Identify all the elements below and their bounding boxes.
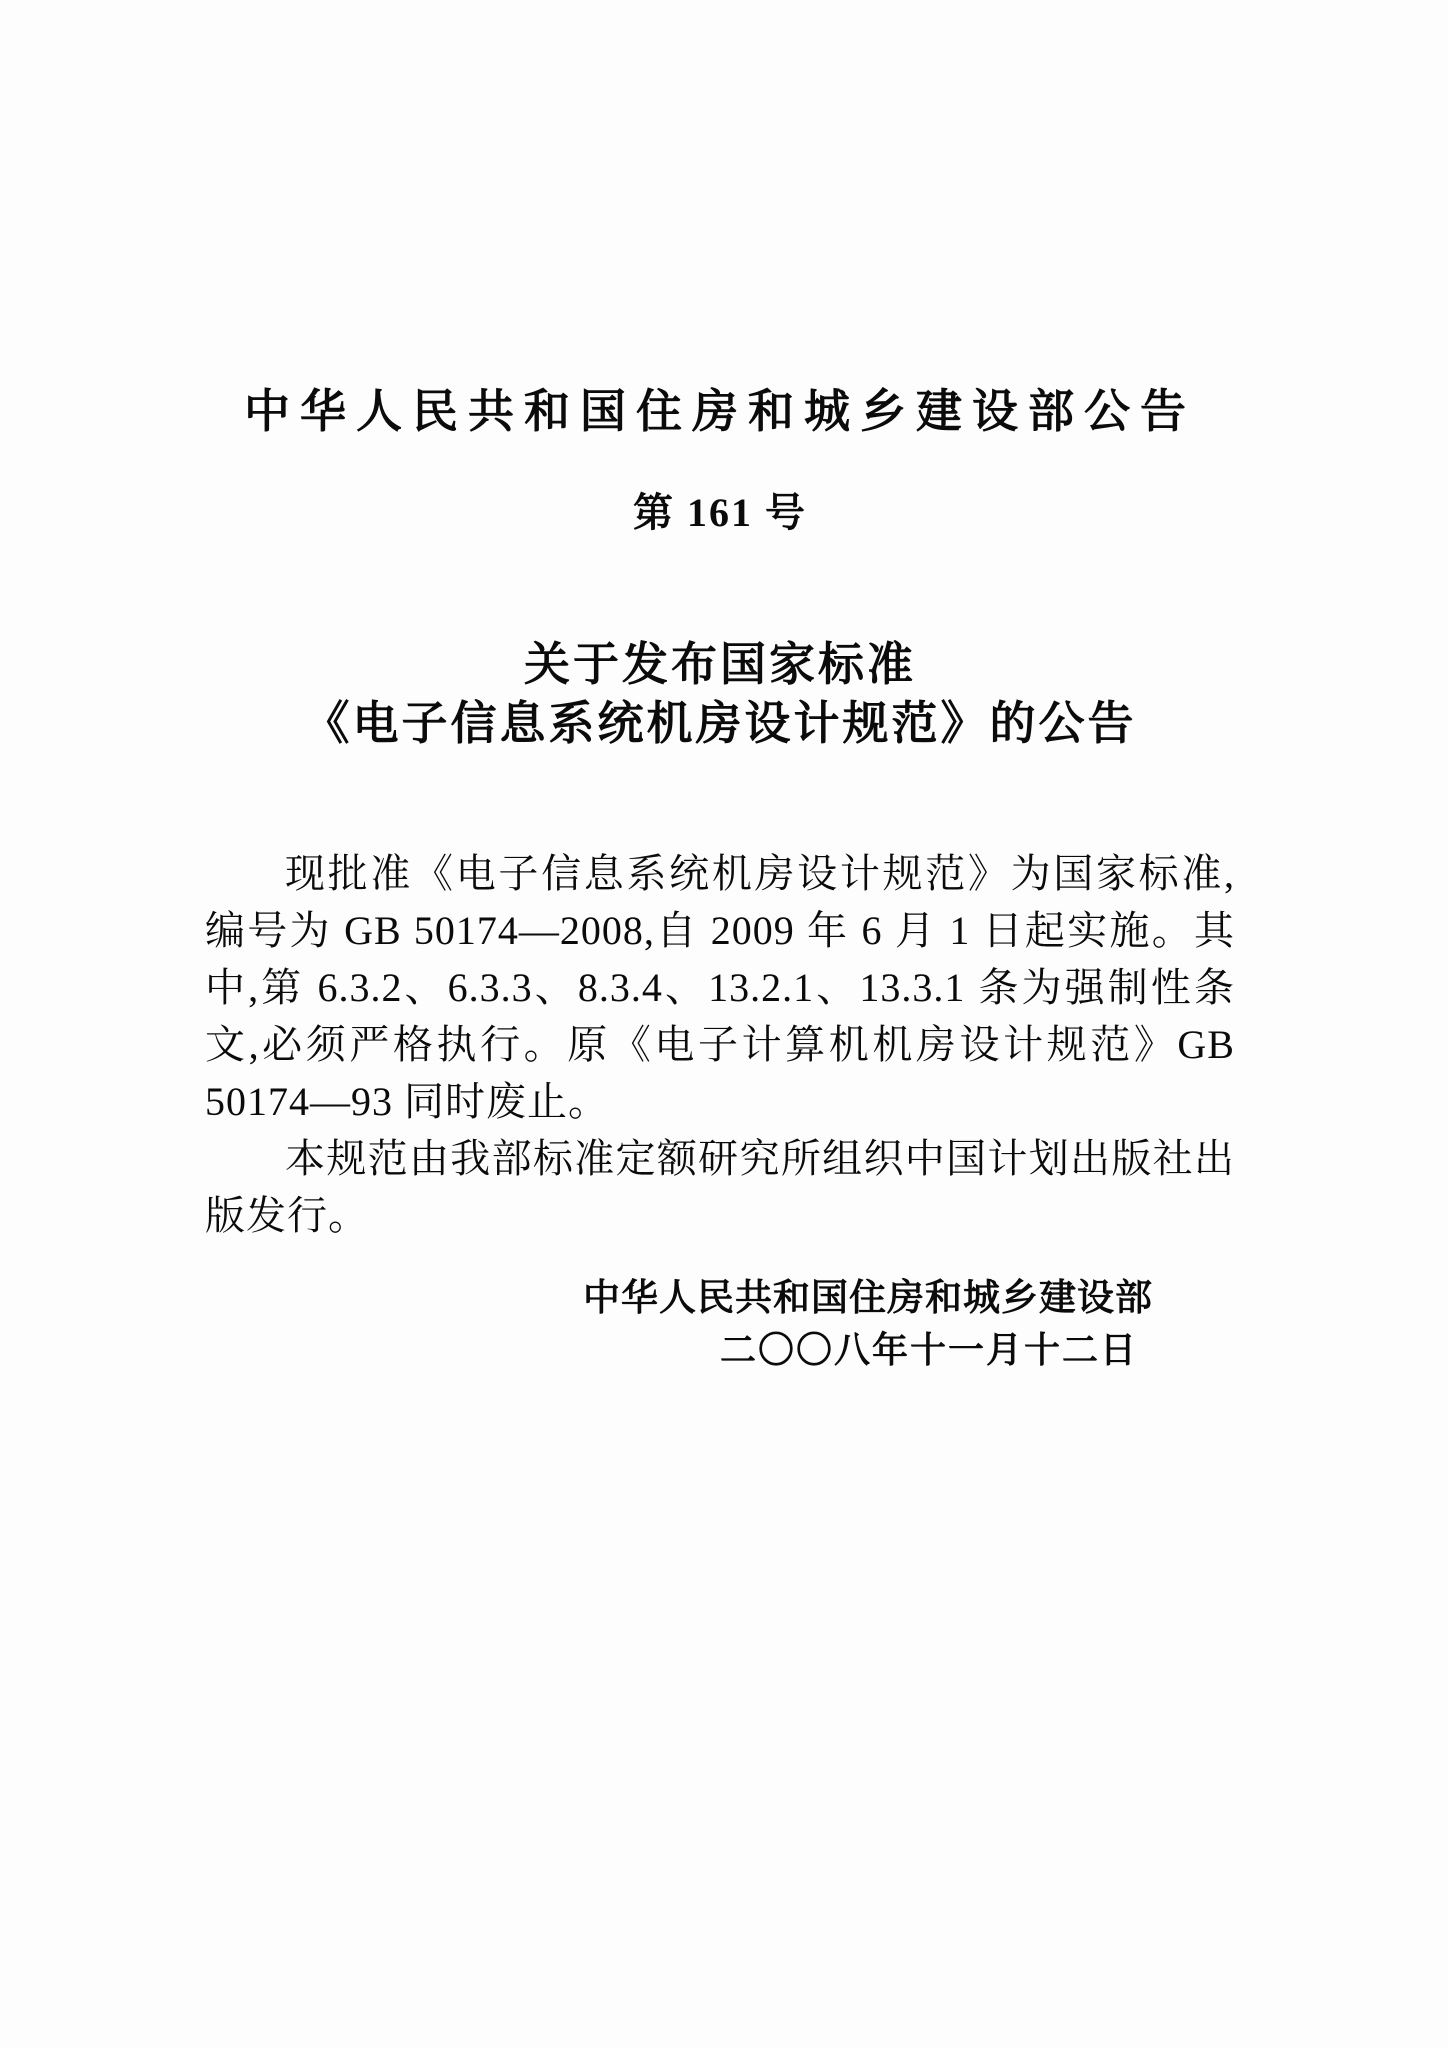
- signature-date: 二〇〇八年十一月十二日: [205, 1324, 1235, 1376]
- document-page: 中华人民共和国住房和城乡建设部公告 第 161 号 关于发布国家标准 《电子信息…: [0, 0, 1448, 2048]
- subtitle-line-1: 关于发布国家标准: [205, 635, 1235, 694]
- signature-block: 中华人民共和国住房和城乡建设部 二〇〇八年十一月十二日: [205, 1272, 1235, 1376]
- announcement-subtitle: 关于发布国家标准 《电子信息系统机房设计规范》的公告: [205, 635, 1235, 753]
- announcement-body: 现批准《电子信息系统机房设计规范》为国家标准,编号为 GB 50174—2008…: [205, 845, 1235, 1244]
- body-paragraph: 本规范由我部标准定额研究所组织中国计划出版社出版发行。: [205, 1130, 1235, 1244]
- body-paragraph: 现批准《电子信息系统机房设计规范》为国家标准,编号为 GB 50174—2008…: [205, 845, 1235, 1130]
- subtitle-line-2: 《电子信息系统机房设计规范》的公告: [205, 694, 1235, 753]
- signature-issuer: 中华人民共和国住房和城乡建设部: [205, 1272, 1235, 1324]
- announcement-content: 中华人民共和国住房和城乡建设部公告 第 161 号 关于发布国家标准 《电子信息…: [0, 383, 1448, 1376]
- announcement-number: 第 161 号: [205, 489, 1235, 537]
- announcement-title: 中华人民共和国住房和城乡建设部公告: [205, 383, 1235, 439]
